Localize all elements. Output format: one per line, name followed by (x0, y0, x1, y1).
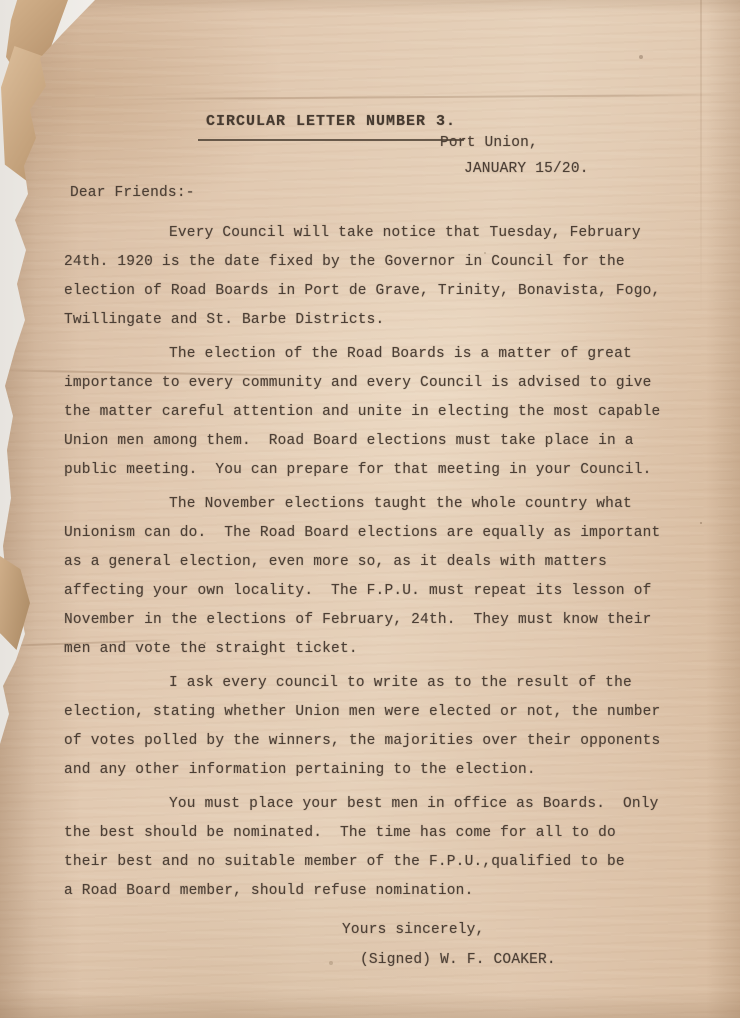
salutation: Dear Friends:- (70, 179, 195, 208)
letter-paper: CIRCULAR LETTER NUMBER 3. Port Union, JA… (0, 0, 740, 1018)
place-line: Port Union, (440, 129, 538, 158)
letter-paragraph: You must place your best men in office a… (64, 790, 676, 906)
paper-specks (0, 0, 2, 2)
date-line: JANUARY 15/20. (464, 155, 589, 184)
closing-line: Yours sincerely, (342, 916, 484, 945)
letter-paragraph: The election of the Road Boards is a mat… (64, 340, 676, 485)
letter-body: Every Council will take notice that Tues… (64, 219, 676, 911)
signature-line: (Signed) W. F. COAKER. (360, 946, 556, 975)
letter-paragraph: I ask every council to write as to the r… (64, 669, 676, 785)
paper-edge-shading (706, 0, 740, 1018)
paper-crease (700, 0, 702, 320)
paper-edge-shading (0, 0, 740, 14)
letter-paragraph: The November elections taught the whole … (64, 490, 676, 664)
letter-heading: CIRCULAR LETTER NUMBER 3. (198, 107, 464, 141)
paper-edge-shading (0, 992, 740, 1018)
scan-background: { "document": { "heading": "CIRCULAR LET… (0, 0, 740, 1018)
letter-paragraph: Every Council will take notice that Tues… (64, 219, 676, 335)
